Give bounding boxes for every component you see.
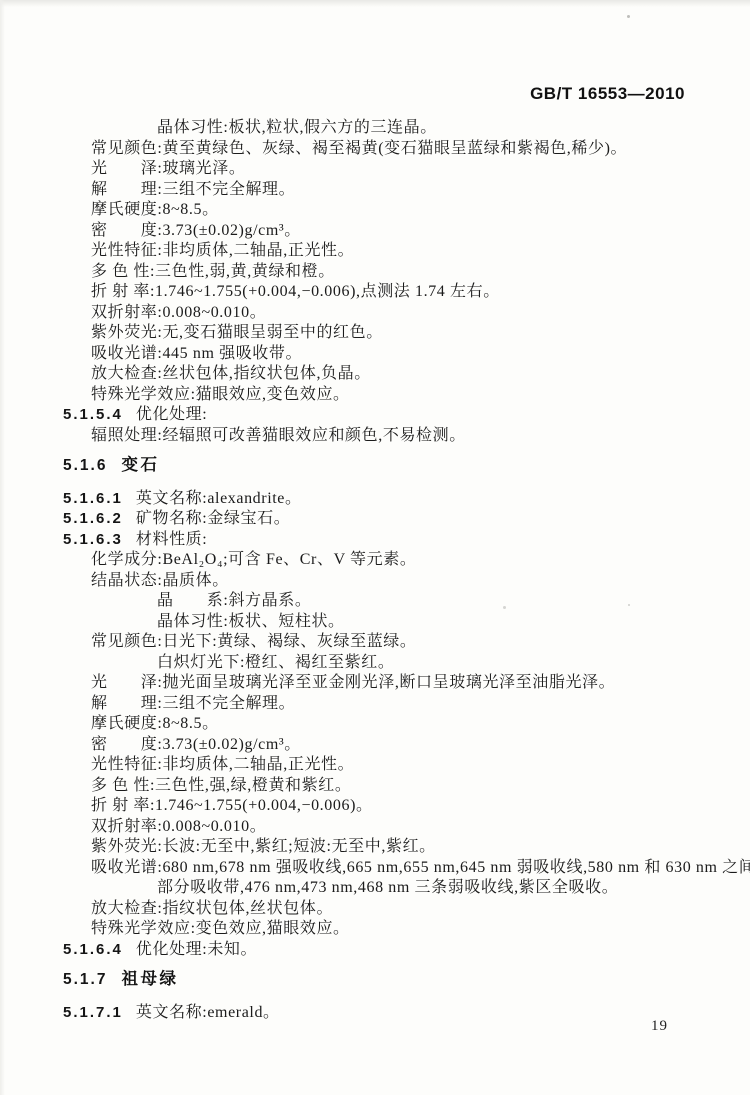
property-line-optic-character: 光性特征:非均质体,二轴晶,正光性。	[62, 755, 734, 776]
property-line-refractive-index: 折 射 率:1.746~1.755(+0.004,−0.006)。	[62, 796, 734, 817]
property-line-absorption-spectrum: 吸收光谱:445 nm 强吸收带。	[62, 344, 734, 365]
property-line-crystal-system: 晶 系:斜方晶系。	[62, 591, 734, 612]
property-line-special-optical-effects: 特殊光学效应:变色效应,猫眼效应。	[62, 919, 734, 940]
property-line-crystallinity: 结晶状态:晶质体。	[62, 571, 734, 592]
property-line-pleochroism: 多 色 性:三色性,强,绿,橙黄和紫红。	[62, 776, 734, 797]
property-line-crystal-habit: 晶体习性:板状,粒状,假六方的三连晶。	[62, 118, 734, 139]
property-line-absorption-spectrum-continued: 部分吸收带,476 nm,473 nm,468 nm 三条弱吸收线,紫区全吸收。	[62, 878, 734, 899]
section-heading-5-1-7: 5.1.7祖母绿	[62, 969, 734, 991]
property-line-density: 密 度:3.73(±0.02)g/cm³。	[62, 221, 734, 242]
document-page: GB/T 16553—2010 晶体习性:板状,粒状,假六方的三连晶。 常见颜色…	[0, 0, 750, 1095]
section-number: 5.1.6	[63, 457, 107, 474]
scan-edge-top	[0, 0, 750, 7]
clause-5-1-6-4: 5.1.6.4优化处理:未知。	[62, 940, 734, 961]
clause-5-1-7-1: 5.1.7.1英文名称:emerald。	[62, 1003, 734, 1024]
property-line-incandescent-colors: 白炽灯光下:橙红、褐红至紫红。	[62, 653, 734, 674]
section-title: 祖母绿	[121, 970, 178, 988]
property-line-birefringence: 双折射率:0.008~0.010。	[62, 303, 734, 324]
clause-5-1-6-1: 5.1.6.1英文名称:alexandrite。	[62, 489, 734, 510]
clause-number: 5.1.6.2	[63, 510, 123, 527]
property-line-special-optical-effects: 特殊光学效应:猫眼效应,变色效应。	[62, 385, 734, 406]
property-line-uv-fluorescence: 紫外荧光:无,变石猫眼呈弱至中的红色。	[62, 323, 734, 344]
clause-number: 5.1.5.4	[63, 406, 123, 423]
scan-speck	[627, 15, 630, 18]
property-line-luster: 光 泽:抛光面呈玻璃光泽至亚金刚光泽,断口呈玻璃光泽至油脂光泽。	[62, 673, 734, 694]
property-line-magnification: 放大检查:丝状包体,指纹状包体,负晶。	[62, 364, 734, 385]
scan-edge-left	[0, 0, 5, 1095]
clause-title: 优化处理:	[136, 406, 207, 423]
clause-5-1-6-3: 5.1.6.3材料性质:	[62, 530, 734, 551]
property-line-mohs-hardness: 摩氏硬度:8~8.5。	[62, 200, 734, 221]
property-line-absorption-spectrum: 吸收光谱:680 nm,678 nm 强吸收线,665 nm,655 nm,64…	[62, 858, 734, 879]
clause-text: 材料性质:	[136, 531, 207, 548]
property-line-refractive-index: 折 射 率:1.746~1.755(+0.004,−0.006),点测法 1.7…	[62, 282, 734, 303]
clause-text: 优化处理:未知。	[136, 941, 257, 958]
property-line-magnification: 放大检查:指纹状包体,丝状包体。	[62, 899, 734, 920]
property-line-common-colors: 常见颜色:黄至黄绿色、灰绿、褐至褐黄(变石猫眼呈蓝绿和紫褐色,稀少)。	[62, 139, 734, 160]
property-line-chemical-composition: 化学成分:BeAl₂O₄;可含 Fe、Cr、V 等元素。	[62, 550, 734, 571]
section-number: 5.1.7	[63, 971, 107, 988]
property-line-pleochroism: 多 色 性:三色性,弱,黄,黄绿和橙。	[62, 262, 734, 283]
clause-5-1-5-4: 5.1.5.4优化处理:	[62, 405, 734, 426]
clause-number: 5.1.7.1	[63, 1004, 123, 1021]
clause-number: 5.1.6.3	[63, 531, 123, 548]
property-line-crystal-habit: 晶体习性:板状、短柱状。	[62, 612, 734, 633]
section-heading-5-1-6: 5.1.6变石	[62, 455, 734, 477]
clause-number: 5.1.6.4	[63, 941, 123, 958]
property-line-optic-character: 光性特征:非均质体,二轴晶,正光性。	[62, 241, 734, 262]
property-line-irradiation: 辐照处理:经辐照可改善猫眼效应和颜色,不易检测。	[62, 426, 734, 447]
clause-number: 5.1.6.1	[63, 490, 123, 507]
property-line-cleavage: 解 理:三组不完全解理。	[62, 180, 734, 201]
property-line-common-colors: 常见颜色:日光下:黄绿、褐绿、灰绿至蓝绿。	[62, 632, 734, 653]
property-line-luster: 光 泽:玻璃光泽。	[62, 159, 734, 180]
section-title: 变石	[121, 456, 159, 474]
property-line-uv-fluorescence: 紫外荧光:长波:无至中,紫红;短波:无至中,紫红。	[62, 837, 734, 858]
property-line-birefringence: 双折射率:0.008~0.010。	[62, 817, 734, 838]
clause-5-1-6-2: 5.1.6.2矿物名称:金绿宝石。	[62, 509, 734, 530]
property-line-mohs-hardness: 摩氏硬度:8~8.5。	[62, 714, 734, 735]
property-line-density: 密 度:3.73(±0.02)g/cm³。	[62, 735, 734, 756]
document-body: 晶体习性:板状,粒状,假六方的三连晶。 常见颜色:黄至黄绿色、灰绿、褐至褐黄(变…	[62, 118, 734, 1023]
standard-code-header: GB/T 16553—2010	[530, 84, 685, 104]
clause-text: 矿物名称:金绿宝石。	[136, 510, 290, 527]
clause-text: 英文名称:alexandrite。	[136, 490, 302, 507]
clause-text: 英文名称:emerald。	[136, 1004, 280, 1021]
property-line-cleavage: 解 理:三组不完全解理。	[62, 694, 734, 715]
page-number: 19	[651, 1018, 668, 1035]
scan-edge-bottom	[0, 1089, 750, 1095]
